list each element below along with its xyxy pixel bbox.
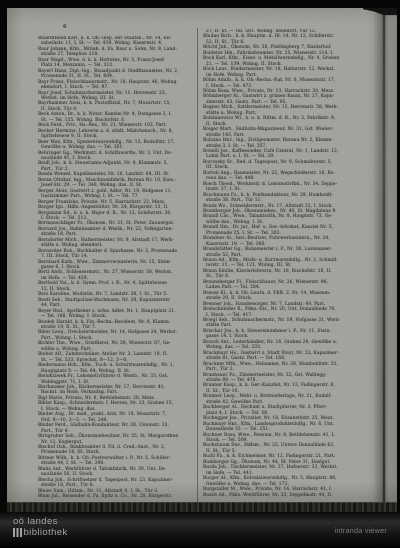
directory-line: Biedermann Hch., Kfm., Tuch- u. Schnittw… <box>38 363 198 368</box>
page-bottom-edge <box>7 502 397 512</box>
directory-line: Blum Jul., Reisender d. Fa. Spitz u. Co.… <box>38 494 198 499</box>
directory-column-right: 27, II. St. — Tel. 581. Wohng. ebendort,… <box>203 29 365 502</box>
directory-line: Birngruber Seb., Ökonomiebesitzer, Nr. 3… <box>38 434 198 439</box>
library-logo-line1: oö landes <box>13 516 68 527</box>
library-logo-line2-text: bibliothek <box>24 527 68 538</box>
column-divider <box>197 28 198 504</box>
page-gutter-crease <box>383 8 385 512</box>
library-logo[interactable]: oö landes bibliothek <box>13 516 68 538</box>
gutter-shadow <box>373 8 389 512</box>
library-logo-line2: bibliothek <box>13 527 68 538</box>
viewer-app-name: intranda viewer <box>335 526 388 535</box>
document-stage[interactable]: 6 Bauernfeind Karl, k. k. Ob.-Insp. der … <box>0 0 400 512</box>
scanned-page: 6 Bauernfeind Karl, k. k. Ob.-Insp. der … <box>7 8 397 512</box>
directory-line: Busch Ad., Fbks.-Werkführer, Nr. 33, Zep… <box>203 493 365 498</box>
viewer-root: { "viewer": { "footer": { "brand_line1":… <box>0 0 400 548</box>
logo-bars-icon <box>13 528 22 537</box>
viewer-footer: oö landes bibliothek intranda viewer <box>0 512 400 548</box>
page-number: 6 <box>63 24 67 30</box>
directory-column-left: Bauernfeind Karl, k. k. Ob.-Insp. der St… <box>38 36 198 502</box>
